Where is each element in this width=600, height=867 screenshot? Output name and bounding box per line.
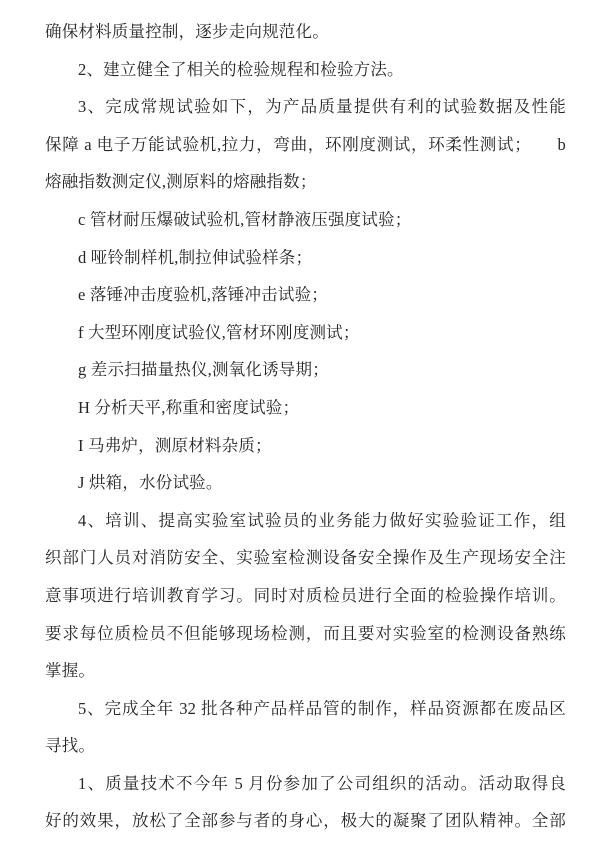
doc-line: f 大型环刚度试验仪,管材环刚度测试； bbox=[45, 314, 566, 352]
doc-line: 好的效果，放松了全部参与者的身心，极大的凝聚了团队精神。全部 bbox=[45, 802, 566, 840]
doc-line: 织部门人员对消防安全、实验室检测设备安全操作及生产现场安全注 bbox=[45, 539, 566, 577]
doc-line: 寻找。 bbox=[45, 727, 566, 765]
doc-line: 1、质量技术不今年 5 月份参加了公司组织的活动。活动取得良 bbox=[45, 765, 566, 803]
doc-line: 意事项进行培训教育学习。同时对质检员进行全面的检验操作培训。 bbox=[45, 577, 566, 615]
doc-line: H 分析天平,称重和密度试验； bbox=[45, 389, 566, 427]
doc-line: c 管材耐压爆破试验机,管材静液压强度试验； bbox=[45, 201, 566, 239]
doc-line: 要求每位质检员不但能够现场检测，而且要对实验室的检测设备熟练 bbox=[45, 615, 566, 653]
doc-line: d 哑铃制样机,制拉伸试验样条； bbox=[45, 239, 566, 277]
document-page: 确保材料质量控制，逐步走向规范化。 2、建立健全了相关的检验规程和检验方法。 3… bbox=[0, 0, 600, 867]
doc-line: 确保材料质量控制，逐步走向规范化。 bbox=[45, 13, 566, 51]
doc-line: J 烘箱，水份试验。 bbox=[45, 464, 566, 502]
doc-line: 掌握。 bbox=[45, 652, 566, 690]
doc-line: 2、建立健全了相关的检验规程和检验方法。 bbox=[45, 51, 566, 89]
doc-line: I 马弗炉，测原材料杂质； bbox=[45, 427, 566, 465]
doc-line: 5、完成全年 32 批各种产品样品管的制作，样品资源都在废品区 bbox=[45, 690, 566, 728]
doc-line: 3、完成常规试验如下，为产品质量提供有利的试验数据及性能 bbox=[45, 88, 566, 126]
doc-line: 4、培训、提高实验室试验员的业务能力做好实验验证工作，组 bbox=[45, 502, 566, 540]
doc-line: 保障 a 电子万能试验机,拉力，弯曲，环刚度测试，环柔性测试； b bbox=[45, 126, 566, 164]
doc-line: g 差示扫描量热仪,测氧化诱导期； bbox=[45, 351, 566, 389]
doc-line: 熔融指数测定仪,测原料的熔融指数； bbox=[45, 163, 566, 201]
doc-line: e 落锤冲击度验机,落锤冲击试验； bbox=[45, 276, 566, 314]
